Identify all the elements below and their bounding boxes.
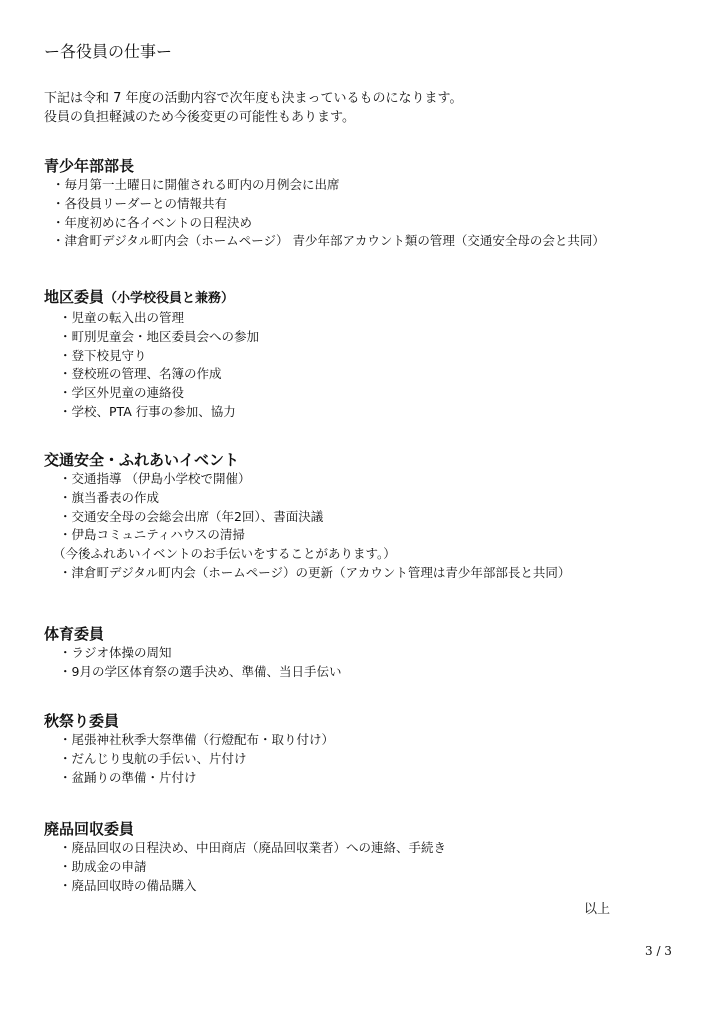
section-heading-text: 地区委員 (44, 288, 104, 306)
section-autumn-festival-committee: 秋祭り委員 ・尾張神社秋季大祭準備（行燈配布・取り付け） ・だんじり曳航の手伝い… (44, 711, 334, 787)
list-item: ・廃品回収の日程決め、中田商店（廃品回収業者）への連絡、手続き (59, 839, 446, 858)
list-item: ・各役員リーダーとの情報共有 (52, 195, 605, 214)
list-item: ・助成金の申請 (59, 858, 446, 877)
closing-remark: 以上 (584, 902, 610, 918)
section-youth-division-head: 青少年部部長 ・毎月第一土曜日に開催される町内の月例会に出席 ・各役員リーダーと… (44, 156, 605, 251)
list-item: ・学校、PTA 行事の参加、協力 (59, 403, 259, 422)
page-number: 3 / 3 (645, 944, 672, 958)
list-item: ・年度初めに各イベントの日程決め (52, 214, 605, 233)
section-heading: 秋祭り委員 (44, 711, 334, 731)
list-item: ・津倉町デジタル町内会（ホームページ） 青少年部アカウント類の管理（交通安全母の… (52, 232, 605, 251)
section-sports-committee: 体育委員 ・ラジオ体操の周知 ・9月の学区体育祭の選手決め、準備、当日手伝い (44, 624, 341, 682)
list-item: ・旗当番表の作成 (59, 489, 570, 508)
section-heading-text: 交通安全・ふれあいイベント (44, 451, 239, 469)
list-item: ・ラジオ体操の周知 (59, 644, 341, 663)
list-item: ・だんじり曳航の手伝い、片付け (59, 750, 334, 769)
list-item: ・学区外児童の連絡役 (59, 384, 259, 403)
list-item: ・児童の転入出の管理 (59, 309, 259, 328)
list-item: ・盆踊りの準備・片付け (59, 769, 334, 788)
section-items: ・児童の転入出の管理 ・町別児童会・地区委員会への参加 ・登下校見守り ・登校班… (44, 309, 259, 422)
list-item: ・登校班の管理、名簿の作成 (59, 365, 259, 384)
document-page: ー各役員の仕事ー 下記は令和 7 年度の活動内容で次年度も決まっているものになり… (0, 0, 724, 1024)
section-items: ・毎月第一土曜日に開催される町内の月例会に出席 ・各役員リーダーとの情報共有 ・… (44, 176, 605, 251)
section-heading-subtext: （小学校役員と兼務） (104, 291, 234, 306)
section-district-committee: 地区委員（小学校役員と兼務） ・児童の転入出の管理 ・町別児童会・地区委員会への… (44, 287, 259, 422)
list-item: ・交通指導 （伊島小学校で開催） (59, 470, 570, 489)
list-item: ・津倉町デジタル町内会（ホームページ）の更新（アカウント管理は青少年部部長と共同… (59, 564, 570, 583)
intro-line: 役員の負担軽減のため今後変更の可能性もあります。 (44, 108, 463, 127)
intro-line: 下記は令和 7 年度の活動内容で次年度も決まっているものになります。 (44, 89, 463, 108)
section-heading: 青少年部部長 (44, 156, 605, 176)
list-item-note: （今後ふれあいイベントのお手伝いをすることがあります。） (53, 545, 570, 564)
section-heading: 体育委員 (44, 624, 341, 644)
section-items: ・廃品回収の日程決め、中田商店（廃品回収業者）への連絡、手続き ・助成金の申請 … (44, 839, 446, 895)
list-item: ・交通安全母の会総会出席（年2回）、書面決議 (59, 508, 570, 527)
section-traffic-safety-event: 交通安全・ふれあいイベント ・交通指導 （伊島小学校で開催） ・旗当番表の作成 … (44, 450, 570, 583)
section-heading-text: 廃品回収委員 (44, 820, 134, 838)
section-items: ・尾張神社秋季大祭準備（行燈配布・取り付け） ・だんじり曳航の手伝い、片付け ・… (44, 731, 334, 787)
section-items: ・交通指導 （伊島小学校で開催） ・旗当番表の作成 ・交通安全母の会総会出席（年… (44, 470, 570, 583)
document-title: ー各役員の仕事ー (44, 42, 172, 62)
section-heading: 交通安全・ふれあいイベント (44, 450, 570, 470)
section-heading: 地区委員（小学校役員と兼務） (44, 287, 259, 309)
section-items: ・ラジオ体操の周知 ・9月の学区体育祭の選手決め、準備、当日手伝い (44, 644, 341, 682)
section-heading: 廃品回収委員 (44, 819, 446, 839)
list-item: ・廃品回収時の備品購入 (59, 877, 446, 896)
list-item: ・伊島コミュニティハウスの清掃 (59, 526, 570, 545)
section-heading-text: 青少年部部長 (44, 157, 134, 175)
list-item: ・尾張神社秋季大祭準備（行燈配布・取り付け） (59, 731, 334, 750)
list-item: ・毎月第一土曜日に開催される町内の月例会に出席 (52, 176, 605, 195)
section-heading-text: 体育委員 (44, 625, 104, 643)
list-item: ・9月の学区体育祭の選手決め、準備、当日手伝い (59, 663, 341, 682)
section-heading-text: 秋祭り委員 (44, 712, 119, 730)
section-recycling-committee: 廃品回収委員 ・廃品回収の日程決め、中田商店（廃品回収業者）への連絡、手続き ・… (44, 819, 446, 895)
list-item: ・登下校見守り (59, 347, 259, 366)
intro-paragraph: 下記は令和 7 年度の活動内容で次年度も決まっているものになります。 役員の負担… (44, 89, 463, 127)
list-item: ・町別児童会・地区委員会への参加 (59, 328, 259, 347)
